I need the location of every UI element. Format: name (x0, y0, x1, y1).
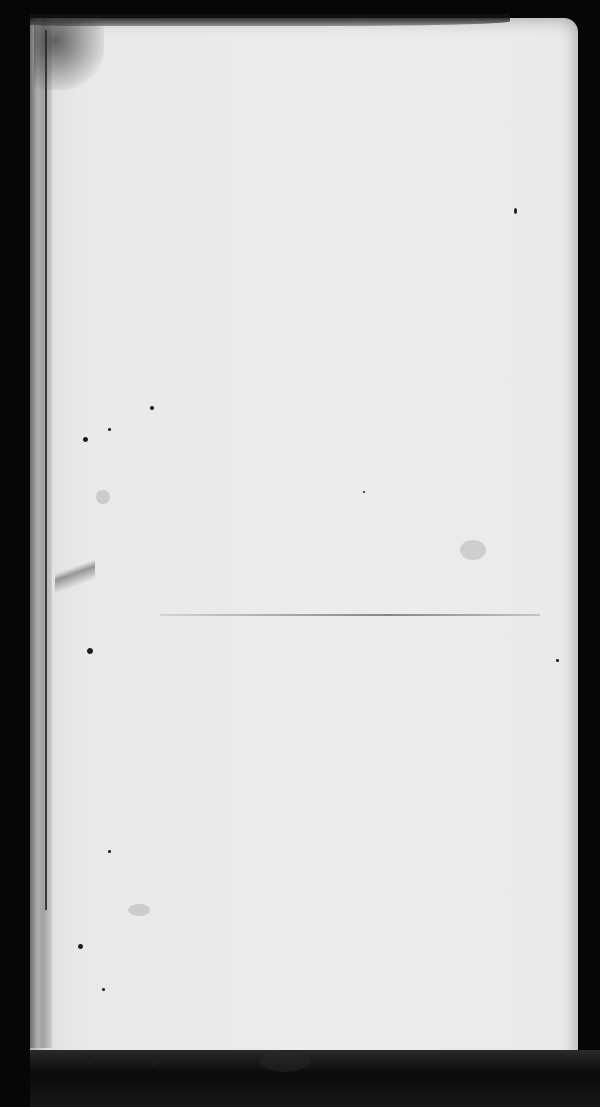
smudge (128, 904, 150, 916)
binding-line (45, 30, 47, 910)
smudge (96, 490, 110, 504)
ink-speck (102, 988, 105, 991)
ink-speck (83, 437, 88, 442)
ink-speck (78, 944, 83, 949)
ink-speck (108, 850, 111, 853)
smudge (260, 1050, 310, 1072)
ink-speck (87, 648, 93, 654)
paper-tear (55, 520, 95, 640)
page-binding-edge (30, 18, 52, 1048)
blank-document-page (30, 18, 578, 1070)
ink-speck (363, 491, 365, 493)
ink-speck (150, 1058, 158, 1066)
ink-speck (150, 406, 154, 410)
ink-speck (556, 659, 559, 662)
bottom-dark-edge (30, 1050, 600, 1107)
ink-speck (85, 1056, 92, 1063)
smudge (460, 540, 486, 560)
fold-crease (160, 614, 540, 616)
ink-speck (514, 208, 517, 214)
ink-speck (108, 428, 111, 431)
corner-stain (34, 20, 104, 90)
